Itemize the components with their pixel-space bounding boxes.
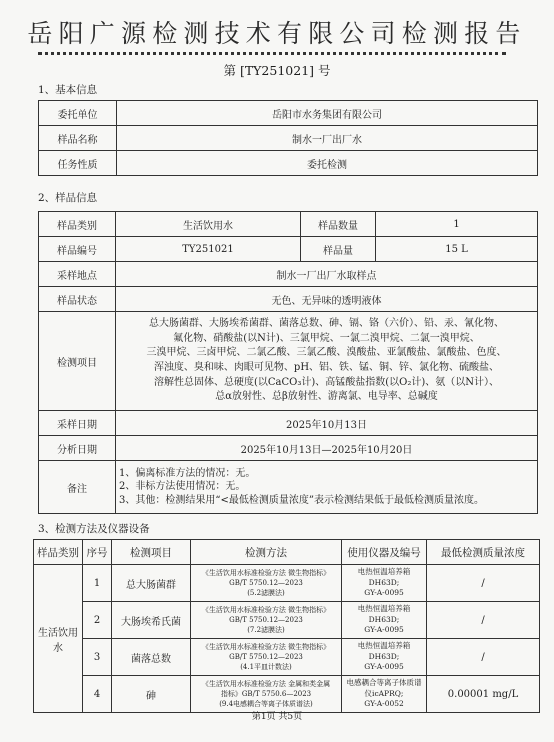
test-items-line: 三溴甲烷、三卤甲烷、二氯乙酸、三氯乙酸、溴酸盐、亚氯酸盐、氯酸盐、色度、 [120,346,533,361]
notes-label: 备注 [39,461,116,514]
instrument: 电热恒温培养箱 DH63D; GY-A-0095 [342,565,427,602]
seq-no: 2 [83,602,112,639]
test-method: 《生活饮用水标准检验方法 微生物指标》 GB/T 5750.12—2023 (4… [191,639,342,676]
instrument-line: GY-A-0095 [344,625,424,636]
sample-id-label: 样品编号 [39,237,116,262]
instrument-line: GY-A-0095 [344,662,424,673]
test-item: 菌落总数 [112,639,191,676]
section-methods-label: 3、检测方法及仪器设备 [38,521,150,536]
instrument: 电感耦合等离子体质谱 仪icAPRQ; GY-A-0052 [342,676,427,713]
test-items-line: 溶解性总固体、总硬度(以CaCO₃计)、高锰酸盐指数(以O₂计)、氨（以N计）、 [120,376,533,391]
note-line: 1、偏离标准方法的情况：无。 [119,467,534,481]
sample-volume-label: 样品量 [301,237,376,262]
sampling-date-value: 2025年10月13日 [116,411,538,436]
instrument-line: DH63D; [344,652,424,663]
test-items-label: 检测项目 [39,312,116,411]
report-number: 第 [TY251021] 号 [0,61,554,79]
test-item: 总大肠菌群 [112,565,191,602]
test-items-line: 总α放射性、总β放射性、游离氯、电导率、总碱度 [120,390,533,405]
table-row: 样品类别 生活饮用水 样品数量 1 [39,212,538,237]
table-row: 委托单位 岳阳市水务集团有限公司 [39,101,538,126]
test-items-value: 总大肠菌群、大肠埃希菌群、菌落总数、砷、镉、铬（六价）、铅、汞、氰化物、 氟化物… [116,312,538,411]
sampling-location-value: 制水一厂出厂水取样点 [116,262,538,287]
seq-no: 1 [83,565,112,602]
method-line: (7.2滤膜法) [193,625,339,635]
table-row: 采样日期 2025年10月13日 [39,411,538,436]
method-line: GB/T 5750.12—2023 [193,652,339,662]
min-concentration: 0.00001 mg/L [427,676,540,713]
analysis-date-label: 分析日期 [39,436,116,461]
sample-count-value: 1 [376,212,538,237]
task-nature-value: 委托检测 [117,151,538,176]
instrument-line: 仪icAPRQ; [344,689,424,700]
test-items-line: 总大肠菌群、大肠埃希菌群、菌落总数、砷、镉、铬（六价）、铅、汞、氰化物、 [120,317,533,332]
method-line: 《生活饮用水标准检验方法 微生物指标》 [193,605,339,615]
header-test-item: 检测项目 [112,540,191,565]
sample-info-table: 样品类别 生活饮用水 样品数量 1 样品编号 TY251021 样品量 15 L… [38,211,538,514]
instrument-line: GY-A-0095 [344,588,424,599]
instrument-line: 电热恒温培养箱 [344,567,424,578]
sample-state-value: 无色、无异味的透明液体 [116,287,538,312]
test-items-line: 氟化物、硝酸盐(以N计)、三氯甲烷、一氯二溴甲烷、二氯一溴甲烷、 [120,332,533,347]
test-method: 《生活饮用水标准检验方法 金属和类金属 指标》GB/T 5750.6—2023 … [191,676,342,713]
table-row: 检测项目 总大肠菌群、大肠埃希菌群、菌落总数、砷、镉、铬（六价）、铅、汞、氰化物… [39,312,538,411]
test-item: 大肠埃希氏菌 [112,602,191,639]
note-line: 2、非标方法使用情况：无。 [119,480,534,494]
method-line: (4.1平皿计数法) [193,662,339,672]
sample-id-value: TY251021 [116,237,301,262]
client-value: 岳阳市水务集团有限公司 [117,101,538,126]
table-row: 样品名称 制水一厂出厂水 [39,126,538,151]
sample-category-value: 生活饮用水 [116,212,301,237]
sample-count-label: 样品数量 [301,212,376,237]
methods-table: 样品类别 序号 检测项目 检测方法 使用仪器及编号 最低检测质量浓度 生活饮用水… [33,539,540,713]
table-row: 样品编号 TY251021 样品量 15 L [39,237,538,262]
task-nature-label: 任务性质 [39,151,117,176]
page-indicator: 第1页 共5页 [0,709,554,722]
seq-no: 3 [83,639,112,676]
instrument-line: 电感耦合等离子体质谱 [344,678,424,689]
sampling-location-label: 采样地点 [39,262,116,287]
header-instrument: 使用仪器及编号 [342,540,427,565]
table-row: 4 砷 《生活饮用水标准检验方法 金属和类金属 指标》GB/T 5750.6—2… [34,676,540,713]
seq-no: 4 [83,676,112,713]
analysis-date-value: 2025年10月13日—2025年10月20日 [116,436,538,461]
table-row: 分析日期 2025年10月13日—2025年10月20日 [39,436,538,461]
instrument: 电热恒温培养箱 DH63D; GY-A-0095 [342,602,427,639]
sample-category-label: 样品类别 [39,212,116,237]
table-row: 生活饮用水 1 总大肠菌群 《生活饮用水标准检验方法 微生物指标》 GB/T 5… [34,565,540,602]
title-divider [38,52,506,55]
table-row: 样品状态 无色、无异味的透明液体 [39,287,538,312]
min-concentration: / [427,639,540,676]
header-test-method: 检测方法 [191,540,342,565]
header-seq-no: 序号 [83,540,112,565]
header-sample-category: 样品类别 [34,540,83,565]
method-line: GB/T 5750.12—2023 [193,615,339,625]
sample-name-label: 样品名称 [39,126,117,151]
method-line: 《生活饮用水标准检验方法 微生物指标》 [193,642,339,652]
report-title: 岳阳广源检测技术有限公司检测报告 [0,14,554,50]
test-item: 砷 [112,676,191,713]
method-line: (5.2滤膜法) [193,588,339,598]
min-concentration: / [427,565,540,602]
table-row: 备注 1、偏离标准方法的情况：无。 2、非标方法使用情况：无。 3、其他：检测结… [39,461,538,514]
section-basic-info-label: 1、基本信息 [38,82,97,97]
header-min-concentration: 最低检测质量浓度 [427,540,540,565]
table-row: 任务性质 委托检测 [39,151,538,176]
instrument: 电热恒温培养箱 DH63D; GY-A-0095 [342,639,427,676]
instrument-line: DH63D; [344,615,424,626]
sampling-date-label: 采样日期 [39,411,116,436]
client-label: 委托单位 [39,101,117,126]
instrument-line: 电热恒温培养箱 [344,641,424,652]
table-header-row: 样品类别 序号 检测项目 检测方法 使用仪器及编号 最低检测质量浓度 [34,540,540,565]
section-sample-info-label: 2、样品信息 [38,190,97,205]
sample-state-label: 样品状态 [39,287,116,312]
sample-name-value: 制水一厂出厂水 [117,126,538,151]
instrument-line: 电热恒温培养箱 [344,604,424,615]
test-items-line: 浑浊度、臭和味、肉眼可见物、pH、铝、铁、锰、铜、锌、氯化物、硫酸盐、 [120,361,533,376]
sample-category-cell: 生活饮用水 [34,565,83,713]
basic-info-table: 委托单位 岳阳市水务集团有限公司 样品名称 制水一厂出厂水 任务性质 委托检测 [38,100,538,176]
method-line: 《生活饮用水标准检验方法 金属和类金属 [193,679,339,689]
notes-value: 1、偏离标准方法的情况：无。 2、非标方法使用情况：无。 3、其他：检测结果用“… [116,461,538,514]
instrument-line: DH63D; [344,578,424,589]
note-line: 3、其他：检测结果用“<最低检测质量浓度”表示检测结果低于最低检测质量浓度。 [119,494,534,508]
table-row: 3 菌落总数 《生活饮用水标准检验方法 微生物指标》 GB/T 5750.12—… [34,639,540,676]
test-method: 《生活饮用水标准检验方法 微生物指标》 GB/T 5750.12—2023 (7… [191,602,342,639]
sample-volume-value: 15 L [376,237,538,262]
method-line: 《生活饮用水标准检验方法 微生物指标》 [193,568,339,578]
method-line: (9.4电感耦合等离子体质谱法) [193,699,339,709]
method-line: GB/T 5750.12—2023 [193,578,339,588]
min-concentration: / [427,602,540,639]
method-line: 指标》GB/T 5750.6—2023 [193,689,339,699]
table-row: 2 大肠埃希氏菌 《生活饮用水标准检验方法 微生物指标》 GB/T 5750.1… [34,602,540,639]
table-row: 采样地点 制水一厂出厂水取样点 [39,262,538,287]
test-method: 《生活饮用水标准检验方法 微生物指标》 GB/T 5750.12—2023 (5… [191,565,342,602]
